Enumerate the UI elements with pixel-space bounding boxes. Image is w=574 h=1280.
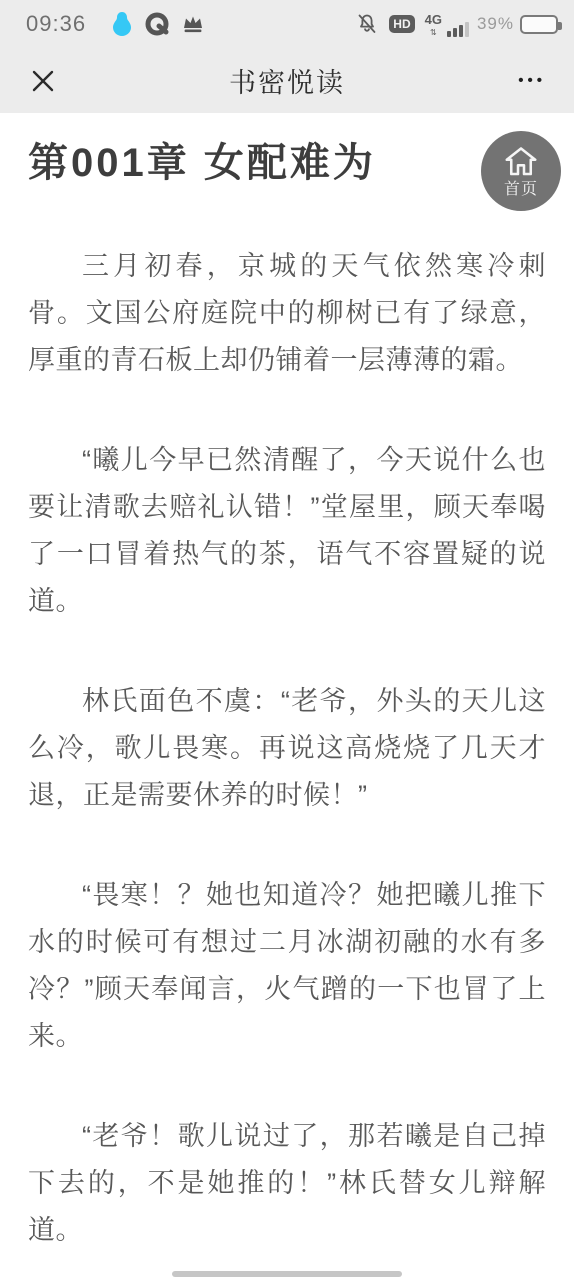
battery-percent: 39% bbox=[477, 14, 514, 34]
paragraph: “曦儿今早已然清醒了，今天说什么也要让清歌去赔礼认错！”堂屋里，顾天奉喝了一口冒… bbox=[28, 437, 546, 625]
status-bar: 09:36 bbox=[0, 0, 574, 48]
paragraph: “老爷！歌儿说过了，那若曦是自己掉下去的，不是她推的！”林氏替女儿辩解道。 bbox=[28, 1113, 546, 1254]
qq-penguin-icon bbox=[110, 11, 134, 37]
network-type-label: 4G bbox=[425, 12, 442, 27]
home-fab-button[interactable]: 首页 bbox=[481, 131, 561, 211]
app-title: 书密悦读 bbox=[229, 61, 345, 100]
paragraph: 林氏面色不虞：“老爷，外头的天儿这么冷，歌儿畏寒。再说这高烧烧了几天才退，正是需… bbox=[28, 678, 546, 819]
paragraph: 三月初春，京城的天气依然寒冷刺骨。文国公府庭院中的柳树已有了绿意，厚重的青石板上… bbox=[28, 243, 546, 384]
battery-icon bbox=[520, 15, 558, 34]
q-logo-icon bbox=[144, 11, 170, 37]
reader-content[interactable]: 第001章 女配难为 首页 三月初春，京城的天气依然寒冷刺骨。文国公府庭院中的柳… bbox=[0, 113, 574, 1280]
data-arrows-icon: ⇅ bbox=[425, 29, 442, 37]
close-button[interactable] bbox=[28, 66, 84, 96]
chapter-body: 三月初春，京城的天气依然寒冷刺骨。文国公府庭院中的柳树已有了绿意，厚重的青石板上… bbox=[28, 243, 546, 1254]
reader-nav-bar: 书密悦读 ••• bbox=[0, 48, 574, 113]
home-icon bbox=[502, 144, 540, 180]
signal-bars: 4G ⇅ bbox=[425, 11, 469, 37]
home-indicator-bar[interactable] bbox=[172, 1271, 402, 1277]
status-and-nav-chrome: 09:36 bbox=[0, 0, 574, 113]
more-dots-icon: ••• bbox=[518, 72, 546, 89]
crown-icon bbox=[180, 12, 206, 36]
mute-bell-icon bbox=[355, 12, 379, 36]
close-icon bbox=[28, 66, 58, 96]
clock-time: 09:36 bbox=[26, 11, 86, 37]
home-fab-label: 首页 bbox=[504, 176, 538, 199]
chapter-title: 第001章 女配难为 bbox=[28, 135, 546, 191]
more-menu-button[interactable]: ••• bbox=[490, 72, 546, 89]
paragraph: “畏寒！？她也知道冷？她把曦儿推下水的时候可有想过二月冰湖初融的水有多冷？”顾天… bbox=[28, 872, 546, 1060]
hd-badge: HD bbox=[389, 15, 414, 33]
